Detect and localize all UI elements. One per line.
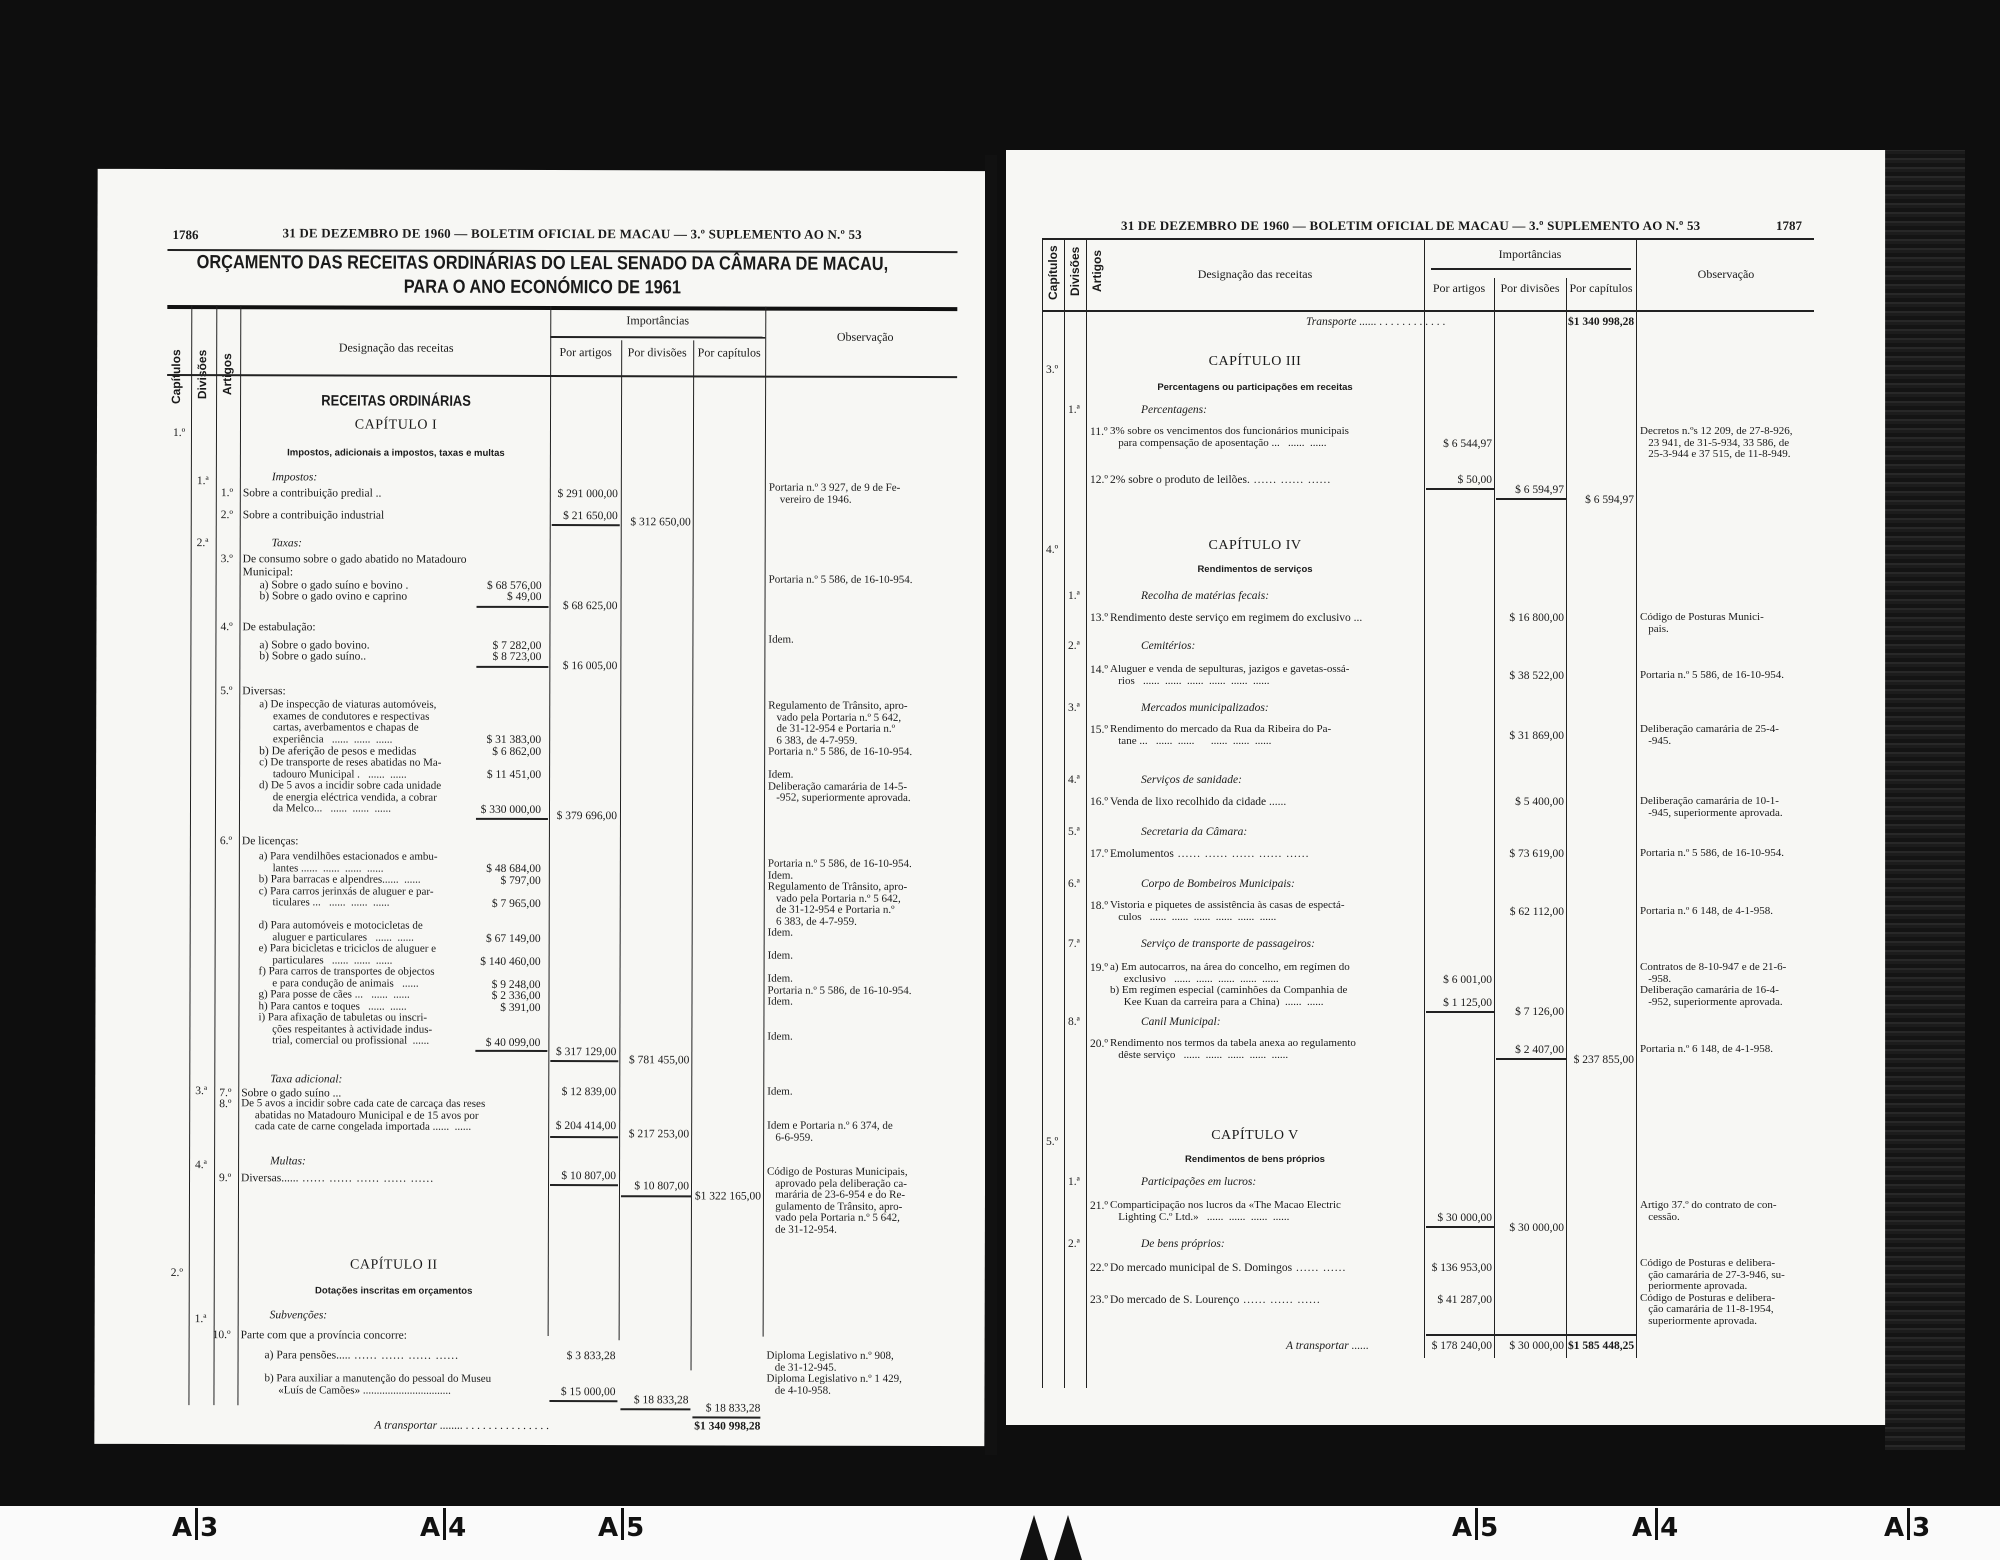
- division-name: Secretaria da Câmara:: [1141, 826, 1247, 839]
- item-amount: $ 6 001,00: [1426, 974, 1492, 986]
- col-divider: [1424, 238, 1425, 1358]
- capitulo-number: 3.º: [1046, 364, 1058, 377]
- amount-por-divisoes: $ 781 455,00: [621, 1054, 689, 1066]
- sum-line: [550, 1060, 618, 1062]
- sum-line: [475, 1050, 547, 1052]
- observacao: Idem.: [767, 1087, 792, 1099]
- header-designacao: Designação das receitas: [1086, 268, 1424, 281]
- divisao-number: 3.ª: [1068, 702, 1080, 715]
- article-designation: Vistoria e piquetes de assistência às ca…: [1110, 900, 1345, 923]
- item-amount: $ 7 965,00: [441, 898, 541, 910]
- observacao: Portaria n.º 5 586, de 16-10-954.: [1640, 670, 1784, 682]
- amount-por-artigos: $ 16 005,00: [551, 660, 617, 672]
- divisao-number: 1.ª: [1068, 590, 1080, 603]
- amount-por-divisoes: $ 30 000,00: [1496, 1222, 1564, 1234]
- amount-por-capitulos: $1 322 165,00: [693, 1190, 761, 1202]
- film-marker: A4: [420, 1508, 467, 1543]
- amount-por-divisoes: $ 62 112,00: [1496, 906, 1564, 918]
- divisao-number: 7.ª: [1068, 938, 1080, 951]
- amount-por-divisoes: $ 31 869,00: [1496, 730, 1564, 742]
- sum-line: [476, 666, 548, 668]
- amount-por-capitulos: $ 237 855,00: [1568, 1054, 1634, 1066]
- item-amount: $ 3 833,28: [550, 1350, 616, 1362]
- document-title-line1: ORÇAMENTO DAS RECEITAS ORDINÁRIAS DO LEA…: [160, 251, 925, 277]
- artigo-number: 15.º: [1090, 724, 1108, 737]
- page-number: 1787: [1776, 218, 1802, 234]
- article-designation: De licenças:: [242, 835, 299, 848]
- observacao: Deliberação camarária de 25-4- -945.: [1640, 724, 1779, 747]
- document-title-line2: PARA O ANO ECONÓMICO DE 1961: [160, 275, 925, 301]
- artigo-number: 14.º: [1090, 664, 1108, 677]
- transport-value: $1 340 998,28: [1568, 316, 1634, 328]
- col-divider: [1494, 278, 1495, 1358]
- division-name: Serviço de transporte de passageiros:: [1141, 938, 1315, 951]
- observacao: Portaria n.º 5 586, de 16-10-954.: [1640, 848, 1784, 860]
- artigo-number: 11.º: [1090, 426, 1108, 439]
- col-divider: [213, 305, 217, 1405]
- carry-forward-artigos: $ 178 240,00: [1426, 1340, 1492, 1352]
- running-head-rule: [1042, 238, 1814, 240]
- running-head: 31 DE DEZEMBRO DE 1960 — BOLETIM OFICIAL…: [1121, 218, 1700, 234]
- header-designacao: Designação das receitas: [242, 341, 550, 355]
- item-amount: $ 330 000,00: [441, 804, 541, 816]
- chapter-title: CAPÍTULO II: [240, 1259, 548, 1272]
- artigo-number: 10.º: [213, 1329, 231, 1342]
- col-divider: [1636, 238, 1637, 1358]
- division-name: Taxa adicional:: [270, 1073, 342, 1086]
- observacao: Código de Posturas Municipais, aprovado …: [767, 1167, 908, 1236]
- col-divider: [188, 305, 192, 1405]
- observacao: Regulamento de Trânsito, apro- vado pela…: [768, 701, 912, 805]
- item-label: a) Para pensões..... ...... ...... .....…: [265, 1349, 459, 1362]
- observacao: Idem e Portaria n.º 6 374, de 6-6-959.: [767, 1121, 893, 1144]
- item-amount: $ 1 125,00: [1426, 997, 1492, 1009]
- article-designation: 3% sobre os vencimentos dos funcionários…: [1110, 426, 1349, 449]
- division-name: Subvenções:: [270, 1309, 328, 1322]
- col-divider: [1042, 238, 1043, 1388]
- artigo-number: 1.º: [221, 487, 233, 500]
- film-marker: A4: [1632, 1508, 1679, 1543]
- article-designation: Do mercado municipal de S. Domingos ....…: [1110, 1262, 1346, 1275]
- chapter-subtitle: Impostos, adicionais a impostos, taxas e…: [242, 447, 550, 460]
- chapter-title: CAPÍTULO V: [1086, 1130, 1424, 1143]
- artigo-number: 19.º: [1090, 962, 1108, 975]
- header-importancias: Importâncias: [1424, 248, 1636, 261]
- sum-line: [477, 606, 549, 608]
- table-top-rule: [167, 305, 957, 311]
- divisao-number: 2.ª: [1068, 1238, 1080, 1251]
- chapter-subtitle: Rendimentos de serviços: [1086, 564, 1424, 577]
- article-designation: Emolumentos ...... ...... ...... ...... …: [1110, 848, 1310, 861]
- carry-forward-capitulos: $1 585 448,25: [1568, 1340, 1634, 1352]
- film-strip: [0, 1500, 2000, 1560]
- division-name: Corpo de Bombeiros Municipais:: [1141, 878, 1295, 891]
- amount-por-divisoes: $ 18 833,28: [620, 1394, 688, 1406]
- carry-forward-label: A transportar ........ . . . . . . . . .…: [374, 1420, 549, 1433]
- item-amount: $ 797,00: [441, 875, 541, 887]
- item-amount: $ 11 451,00: [441, 769, 541, 781]
- item-label: c) De transporte de reses abatidas no Ma…: [259, 757, 441, 780]
- amount-por-divisoes: $ 73 619,00: [1496, 848, 1564, 860]
- header-bottom-rule: [167, 374, 957, 378]
- item-label: b) Sobre o gado ovino e caprino: [260, 590, 408, 603]
- observacao: Código de Posturas Munici- pais.: [1640, 612, 1764, 635]
- film-edge: [1885, 150, 1965, 1450]
- article-designation: Comparticipação nos lucros da «The Macao…: [1110, 1200, 1341, 1223]
- amount-por-capitulos: $ 18 833,28: [692, 1402, 760, 1414]
- sum-line: [1426, 1011, 1494, 1013]
- header-por-divisoes: Por divisões: [1494, 282, 1566, 295]
- header-divisoes: Divisões: [1068, 247, 1082, 296]
- sum-line: [621, 1195, 691, 1197]
- artigo-number: 23.º: [1090, 1294, 1108, 1307]
- col-divider: [691, 340, 695, 1370]
- article-designation: De 5 avos a incidir sobre cada cate de c…: [241, 1098, 485, 1133]
- left-page: 1786 31 DE DEZEMBRO DE 1960 — BOLETIM OF…: [94, 169, 987, 1446]
- sum-line: [552, 524, 620, 526]
- chapter-subtitle: Rendimentos de bens próprios: [1086, 1154, 1424, 1167]
- observacao: Contratos de 8-10-947 e de 21-6- -958. D…: [1640, 962, 1786, 1008]
- division-name: Mercados municipalizados:: [1141, 702, 1269, 715]
- film-marker: A5: [598, 1508, 645, 1543]
- col-divider: [1086, 238, 1087, 1388]
- sum-line: [692, 1416, 760, 1418]
- artigo-number: 9.º: [219, 1172, 231, 1185]
- article-designation: Do mercado de S. Lourenço ...... ...... …: [1110, 1294, 1321, 1307]
- divisao-number: 1.ª: [1068, 404, 1080, 417]
- division-name: Canil Municipal:: [1141, 1016, 1221, 1029]
- divisao-number: 4.ª: [1068, 774, 1080, 787]
- divisao-number: 4.ª: [195, 1159, 207, 1172]
- film-notch: [1020, 1515, 1048, 1560]
- article-designation: Sobre a contribuição industrial: [243, 509, 385, 522]
- observacao: Portaria n.º 6 148, de 4-1-958.: [1640, 906, 1773, 918]
- divisao-number: 1.ª: [195, 1313, 207, 1326]
- sum-line: [620, 1408, 690, 1410]
- header-subrule: [1431, 268, 1631, 270]
- sum-line: [1496, 498, 1566, 500]
- artigo-number: 16.º: [1090, 796, 1108, 809]
- item-amount: $ 2 336,00: [440, 990, 540, 1002]
- observacao: Idem.: [768, 635, 793, 647]
- sum-line: [1426, 1226, 1494, 1228]
- chapter-subtitle: Percentagens ou participações em receita…: [1086, 382, 1424, 395]
- film-marker: A3: [1884, 1508, 1931, 1543]
- amount-por-divisoes: $ 6 594,97: [1496, 484, 1564, 496]
- artigo-number: 3.º: [221, 553, 233, 566]
- running-head: 31 DE DEZEMBRO DE 1960 — BOLETIM OFICIAL…: [282, 225, 861, 243]
- amount-por-divisoes: $ 217 253,00: [621, 1128, 689, 1140]
- col-divider: [1064, 238, 1065, 1388]
- item-amount: $ 6 862,00: [441, 746, 541, 758]
- chapter-title: CAPÍTULO I: [242, 419, 550, 432]
- amount-por-artigos: $ 12 839,00: [550, 1086, 616, 1098]
- amount-por-artigos: $ 30 000,00: [1426, 1212, 1492, 1224]
- amount-por-artigos: $ 50,00: [1426, 474, 1492, 486]
- capitulo-number: 2.º: [171, 1267, 183, 1280]
- carry-forward-value: $1 340 998,28: [692, 1420, 760, 1432]
- division-name: Cemitérios:: [1141, 640, 1195, 653]
- division-name: Multas:: [270, 1155, 306, 1168]
- item-amount: $ 140 460,00: [441, 956, 541, 968]
- amount-por-artigos: $ 379 696,00: [551, 810, 617, 822]
- divisao-number: 3.ª: [195, 1085, 207, 1098]
- sum-line: [476, 818, 548, 820]
- artigo-number: 5.º: [220, 685, 232, 698]
- amount-por-divisoes: $ 5 400,00: [1496, 796, 1564, 808]
- page-number: 1786: [172, 227, 198, 243]
- film-marker: A5: [1452, 1508, 1499, 1543]
- division-name: De bens próprios:: [1141, 1238, 1225, 1251]
- item-amount: $ 48 684,00: [441, 863, 541, 875]
- division-name: Impostos:: [272, 471, 317, 484]
- observacao: Portaria n.º 3 927, de 9 de Fe- vereiro …: [769, 483, 900, 506]
- col-divider: [763, 307, 767, 1337]
- item-amount: $ 67 149,00: [441, 933, 541, 945]
- item-label: a) Para vendilhões estacionados e ambu- …: [258, 851, 437, 1047]
- chapter-title: CAPÍTULO III: [1086, 356, 1424, 369]
- amount-por-artigos: $ 41 287,00: [1426, 1294, 1492, 1306]
- item-amount: $ 15 000,00: [549, 1386, 615, 1398]
- header-por-artigos: Por artigos: [1424, 282, 1494, 295]
- header-bottom-rule: [1042, 310, 1814, 312]
- item-amount: $ 49,00: [442, 591, 542, 603]
- artigo-number: 6.º: [220, 835, 232, 848]
- item-amount: $ 8 723,00: [441, 651, 541, 663]
- observacao: Diploma Legislativo n.º 908, de 31-12-94…: [766, 1351, 902, 1397]
- amount-por-divisoes: $ 312 650,00: [623, 516, 691, 528]
- amount-por-divisoes: $ 7 126,00: [1496, 1006, 1564, 1018]
- artigo-number: 21.º: [1090, 1200, 1108, 1213]
- film-notch: [1054, 1515, 1082, 1560]
- header-por-divisoes: Por divisões: [621, 346, 693, 359]
- amount-por-artigos: $ 68 625,00: [552, 600, 618, 612]
- col-divider: [1566, 278, 1567, 1358]
- article-designation: Rendimento nos termos da tabela anexa ao…: [1110, 1038, 1356, 1061]
- artigo-number: 18.º: [1090, 900, 1108, 913]
- artigo-number: 2.º: [221, 509, 233, 522]
- header-importancias: Importâncias: [550, 314, 765, 328]
- amount-por-artigos: $ 6 544,97: [1426, 438, 1492, 450]
- transport-label: Transporte ...... . . . . . . . . . . . …: [1306, 316, 1446, 329]
- sum-line: [550, 1136, 618, 1138]
- divisao-number: 6.ª: [1068, 878, 1080, 891]
- artigo-number: 8.º: [219, 1098, 231, 1111]
- divisao-number: 1.ª: [197, 475, 209, 488]
- amount-por-artigos: $ 204 414,00: [550, 1120, 616, 1132]
- chapter-subtitle: Dotações inscritas em orçamentos: [240, 1285, 548, 1298]
- amount-por-divisoes: $ 38 522,00: [1496, 670, 1564, 682]
- artigo-number: 4.º: [220, 621, 232, 634]
- article-designation: Diversas...... ...... ...... ...... ....…: [241, 1172, 434, 1185]
- divisao-number: 5.ª: [1068, 826, 1080, 839]
- artigo-number: 22.º: [1090, 1262, 1108, 1275]
- page-gutter: [985, 155, 997, 1455]
- amount-por-divisoes: $ 2 407,00: [1496, 1044, 1564, 1056]
- divisao-number: 8.ª: [1068, 1016, 1080, 1029]
- article-designation: 2% sobre o produto de leilões. ...... ..…: [1110, 474, 1331, 487]
- right-page: 31 DE DEZEMBRO DE 1960 — BOLETIM OFICIAL…: [1006, 150, 1886, 1425]
- header-subrule: [550, 336, 765, 338]
- division-name: Percentagens:: [1141, 404, 1207, 417]
- amount-por-capitulos: $ 6 594,97: [1568, 494, 1634, 506]
- header-por-capitulos: Por capítulos: [1566, 282, 1636, 295]
- article-designation: De consumo sobre o gado abatido no Matad…: [243, 553, 473, 579]
- item-amount: $ 391,00: [440, 1002, 540, 1014]
- chapter-title: CAPÍTULO IV: [1086, 540, 1424, 553]
- sum-line: [550, 1184, 618, 1186]
- amount-por-divisoes: $ 10 807,00: [621, 1180, 689, 1192]
- amount-por-artigos: $ 317 129,00: [550, 1046, 616, 1058]
- amount-por-artigos: $ 21 650,00: [552, 510, 618, 522]
- observacao: Artigo 37.º do contrato de con- cessão.: [1640, 1200, 1777, 1223]
- observacao: Portaria n.º 5 586, de 16-10-954. Idem. …: [767, 859, 911, 1043]
- item-label: a) Em autocarros, na área do concelho, e…: [1110, 962, 1350, 1008]
- header-observacao: Observação: [765, 331, 965, 345]
- article-designation: Sobre a contribuição predial ..: [243, 487, 382, 500]
- artigo-number: 20.º: [1090, 1038, 1108, 1051]
- header-por-artigos: Por artigos: [550, 346, 621, 359]
- item-label: d) De 5 avos a incidir sobre cada unidad…: [259, 780, 441, 815]
- article-designation: Rendimento do mercado da Rua da Ribeira …: [1110, 724, 1331, 747]
- division-name: Recolha de matérias fecais:: [1141, 590, 1269, 603]
- sum-line: [1426, 488, 1494, 490]
- observacao: Código de Posturas e delibera- ção camar…: [1640, 1258, 1785, 1327]
- article-designation: Rendimento deste serviço em regimem do e…: [1110, 612, 1362, 625]
- artigo-number: 17.º: [1090, 848, 1108, 861]
- section-title: RECEITAS ORDINÁRIAS: [264, 395, 529, 408]
- carry-forward-label: A transportar ......: [1286, 1340, 1369, 1353]
- division-name: Serviços de sanidade:: [1141, 774, 1242, 787]
- sum-line: [549, 1400, 617, 1402]
- item-amount: $ 31 383,00: [441, 734, 541, 746]
- article-designation: Aluguer e venda de sepulturas, jazigos e…: [1110, 664, 1349, 687]
- item-label: b) Sobre o gado suíno..: [259, 650, 366, 663]
- capitulo-number: 4.º: [1046, 544, 1058, 557]
- division-name: Participações em lucros:: [1141, 1176, 1256, 1189]
- article-designation: De estabulação:: [242, 621, 315, 634]
- film-marker: A3: [172, 1508, 219, 1543]
- observacao: Deliberação camarária de 10-1- -945, sup…: [1640, 796, 1783, 819]
- amount-por-artigos: $ 10 807,00: [550, 1170, 616, 1182]
- amount-por-artigos: $ 136 953,00: [1426, 1262, 1492, 1274]
- sum-line: [1496, 1058, 1566, 1060]
- capitulo-number: 1.º: [173, 427, 185, 440]
- artigo-number: 13.º: [1090, 612, 1108, 625]
- divisao-number: 1.ª: [1068, 1176, 1080, 1189]
- header-por-capitulos: Por capítulos: [693, 346, 765, 359]
- divisao-number: 2.ª: [197, 537, 209, 550]
- article-designation: Parte com que a província concorre:: [241, 1329, 407, 1342]
- observacao: Portaria n.º 6 148, de 4-1-958.: [1640, 1044, 1773, 1056]
- carry-forward-divisoes: $ 30 000,00: [1496, 1340, 1564, 1352]
- article-designation: Venda de lixo recolhido da cidade ......: [1110, 796, 1286, 809]
- item-label: a) De inspecção de viaturas automóveis, …: [259, 699, 436, 745]
- artigo-number: 12.º: [1090, 474, 1108, 487]
- capitulo-number: 5.º: [1046, 1136, 1058, 1149]
- header-capitulos: Capítulos: [169, 349, 183, 404]
- header-capitulos: Capítulos: [1046, 245, 1060, 300]
- sum-line: [1426, 1334, 1636, 1336]
- divisao-number: 2.ª: [1068, 640, 1080, 653]
- division-name: Taxas:: [272, 537, 302, 550]
- item-label: b) Para auxiliar a manutenção do pessoal…: [264, 1373, 491, 1397]
- observacao: Portaria n.º 5 586, de 16-10-954.: [769, 575, 913, 587]
- item-amount: $ 40 099,00: [440, 1037, 540, 1049]
- header-observacao: Observação: [1636, 268, 1816, 281]
- amount-por-divisoes: $ 16 800,00: [1496, 612, 1564, 624]
- col-divider: [237, 305, 241, 1405]
- article-designation: Diversas:: [242, 685, 285, 698]
- amount-por-artigos: $ 291 000,00: [552, 488, 618, 500]
- observacao: Decretos n.ºs 12 209, de 27-8-926, 23 94…: [1640, 426, 1793, 461]
